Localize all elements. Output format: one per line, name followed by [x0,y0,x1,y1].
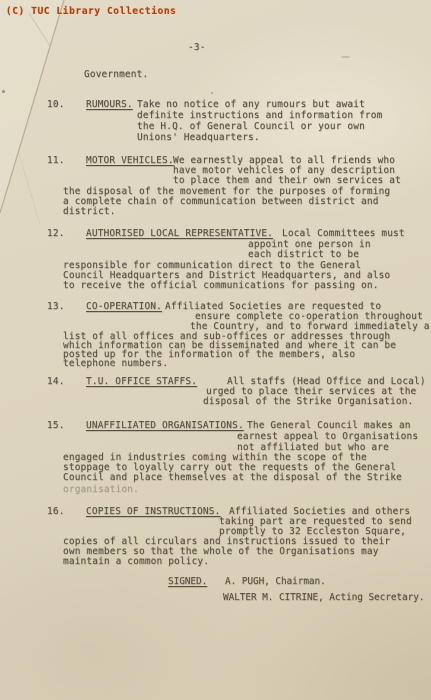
signature-chairman: A. PUGH, Chairman. [225,577,326,586]
item-heading: T.U. OFFICE STAFFS. [86,377,197,386]
signature-secretary: WALTER M. CITRINE, Acting Secretary. [223,593,424,602]
item-number: 16. [47,507,65,516]
page-corner-crease [0,0,120,260]
intro-text: Government. [84,70,148,79]
copyright-watermark: (C) TUC Library Collections [6,6,177,17]
scan-speck [2,90,5,93]
item-text-line: disposal of the Strike Organisation. [203,397,413,406]
item-text-line: each district to be [248,250,359,259]
item-number: 14. [47,377,65,386]
item-text-line: to receive the official communications f… [63,281,379,290]
page-number: -3- [188,43,206,52]
item-text-line: Affiliated Societies and others [229,507,410,516]
item-text-line: Council Headquarters and District Headqu… [63,271,390,280]
item-text-line: Local Committees must [282,229,405,238]
item-text-line: definite instructions and information fr… [137,111,382,120]
item-text-line: earnest appeal to Organisations [237,432,418,441]
item-text-line: Affiliated Societies are requested to [165,302,381,311]
item-heading: MOTOR VEHICLES. [86,156,174,165]
item-text-line: We earnestly appeal to all friends who [173,156,395,165]
item-text-line: taking part are requested to send [219,517,412,526]
document-page: (C) TUC Library Collections -3- Governme… [0,0,431,700]
item-text-line: urged to place their services at the [206,387,416,396]
item-heading: CO-OPERATION. [86,302,162,311]
item-text-line: All staffs (Head Office and Local) are [227,377,431,386]
item-text-line: Council and place themselves at the disp… [63,473,402,482]
item-text-line: to place them and their own services at [173,176,401,185]
item-text-line: maintain a common policy. [63,557,209,566]
item-text-line: copies of all circulars and instructions… [63,537,390,546]
item-text-line: district. [63,207,116,216]
item-text-line: the H.Q. of General Council or your own [137,122,365,131]
item-text-line: responsible for communication direct to … [63,261,361,270]
item-text-line: The General Council makes an [247,421,411,430]
item-number: 11. [47,156,65,165]
item-text-line: ensure complete co-operation throughout [195,312,423,321]
item-heading: RUMOURS. [86,100,133,109]
item-text-line: Take no notice of any rumours but await [137,100,365,109]
item-text-line: telephone numbers. [63,359,168,368]
item-heading: UNAFFILIATED ORGANISATIONS. [86,421,244,430]
item-text-line: engaged in industries coming within the … [63,453,367,462]
item-text-line: the disposal of the movement for the pur… [63,187,390,196]
item-heading: AUTHORISED LOCAL REPRESENTATIVE. [86,229,273,238]
item-number: 10. [47,100,65,109]
item-text-line: Unions' Headquarters. [137,133,260,142]
item-number: 15. [47,421,65,430]
item-text-line: have motor vehicles of any description [173,166,395,175]
item-text-line: not affiliated but who are [237,443,389,452]
signed-label: SIGNED. [168,577,207,586]
item-text-line: stoppage to loyally carry out the reques… [63,463,396,472]
item-text-line: own members so that the whole of the Org… [63,547,379,556]
item-number: 12. [47,229,65,238]
item-text-line: organisation. [63,485,139,494]
item-heading: COPIES OF INSTRUCTIONS. [86,507,220,516]
item-text-line: a complete chain of communication betwee… [63,197,379,206]
item-text-line: appoint one person in [248,240,371,249]
scan-speck [211,92,213,94]
item-text-line: promptly to 32 Eccleston Square, [219,527,406,536]
item-text-line: the Country, and to forward immediately … [190,322,430,331]
scan-smudge [341,56,350,58]
item-number: 13. [47,302,65,311]
